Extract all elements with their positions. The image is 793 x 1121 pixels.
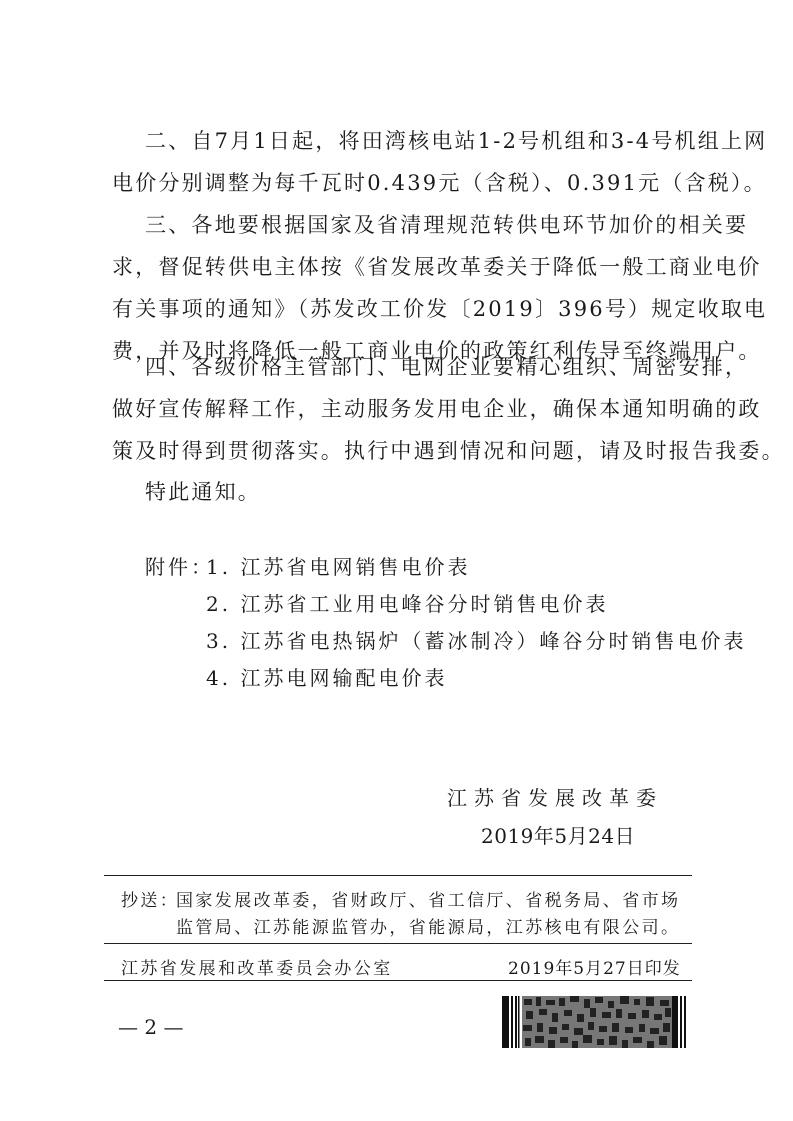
cc-recipients-line-2: 监管局、江苏能源监管办，省能源局，江苏核电有限公司。 bbox=[176, 913, 680, 938]
footer-rule-top bbox=[104, 875, 692, 876]
paragraph-2-line-2: 电价分别调整为每千瓦时0.439元（含税）、0.391元（含税）。 bbox=[112, 173, 767, 194]
paragraph-3-line-3: 有关事项的通知》（苏发改工价发〔2019〕396号）规定收取电 bbox=[112, 299, 767, 320]
cc-recipients-line-1: 国家发展改革委，省财政厅、省工信厅、省税务局、省市场 bbox=[176, 886, 680, 911]
paragraph-2-line-1: 二、自7月1日起，将田湾核电站1-2号机组和3-4号机组上网 bbox=[145, 131, 767, 152]
paragraph-3-line-1: 三、各地要根据国家及省清理规范转供电环节加价的相关要 bbox=[145, 215, 748, 236]
paragraph-4-line-3: 策及时得到贯彻落实。执行中遇到情况和问题，请及时报告我委。 bbox=[112, 441, 785, 462]
pdf417-barcode-icon bbox=[502, 996, 688, 1048]
attachment-item-3: 3. 江苏省电热锅炉（蓄冰制冷）峰谷分时销售电价表 bbox=[206, 625, 746, 654]
attachment-item-1: 1. 江苏省电网销售电价表 bbox=[206, 551, 470, 580]
footer-rule-middle bbox=[104, 943, 692, 944]
attachment-item-2: 2. 江苏省工业用电峰谷分时销售电价表 bbox=[206, 588, 608, 617]
page-number: — 2 — bbox=[118, 1015, 183, 1039]
paragraph-3-line-2: 求，督促转供电主体按《省发展改革委关于降低一般工商业电价 bbox=[112, 257, 762, 278]
closing-text: 特此通知。 bbox=[145, 482, 261, 503]
attachments-label: 附件： bbox=[145, 551, 214, 580]
footer-rule-bottom bbox=[104, 980, 692, 981]
paragraph-4-line-2: 做好宣传解释工作，主动服务发用电企业，确保本通知明确的政 bbox=[112, 399, 762, 420]
print-date: 2019年5月27日印发 bbox=[508, 954, 681, 979]
issuing-office: 江苏省发展和改革委员会办公室 bbox=[121, 954, 393, 979]
issuer-name: 江苏省发展改革委 bbox=[447, 782, 663, 811]
paragraph-4-line-1-visible: 四、各级价格主管部门、电网企业要精心组织、周密安排， bbox=[145, 357, 748, 378]
issue-date: 2019年5月24日 bbox=[481, 820, 635, 849]
attachment-item-4: 4. 江苏电网输配电价表 bbox=[206, 662, 447, 691]
cc-label: 抄送： bbox=[121, 886, 179, 911]
